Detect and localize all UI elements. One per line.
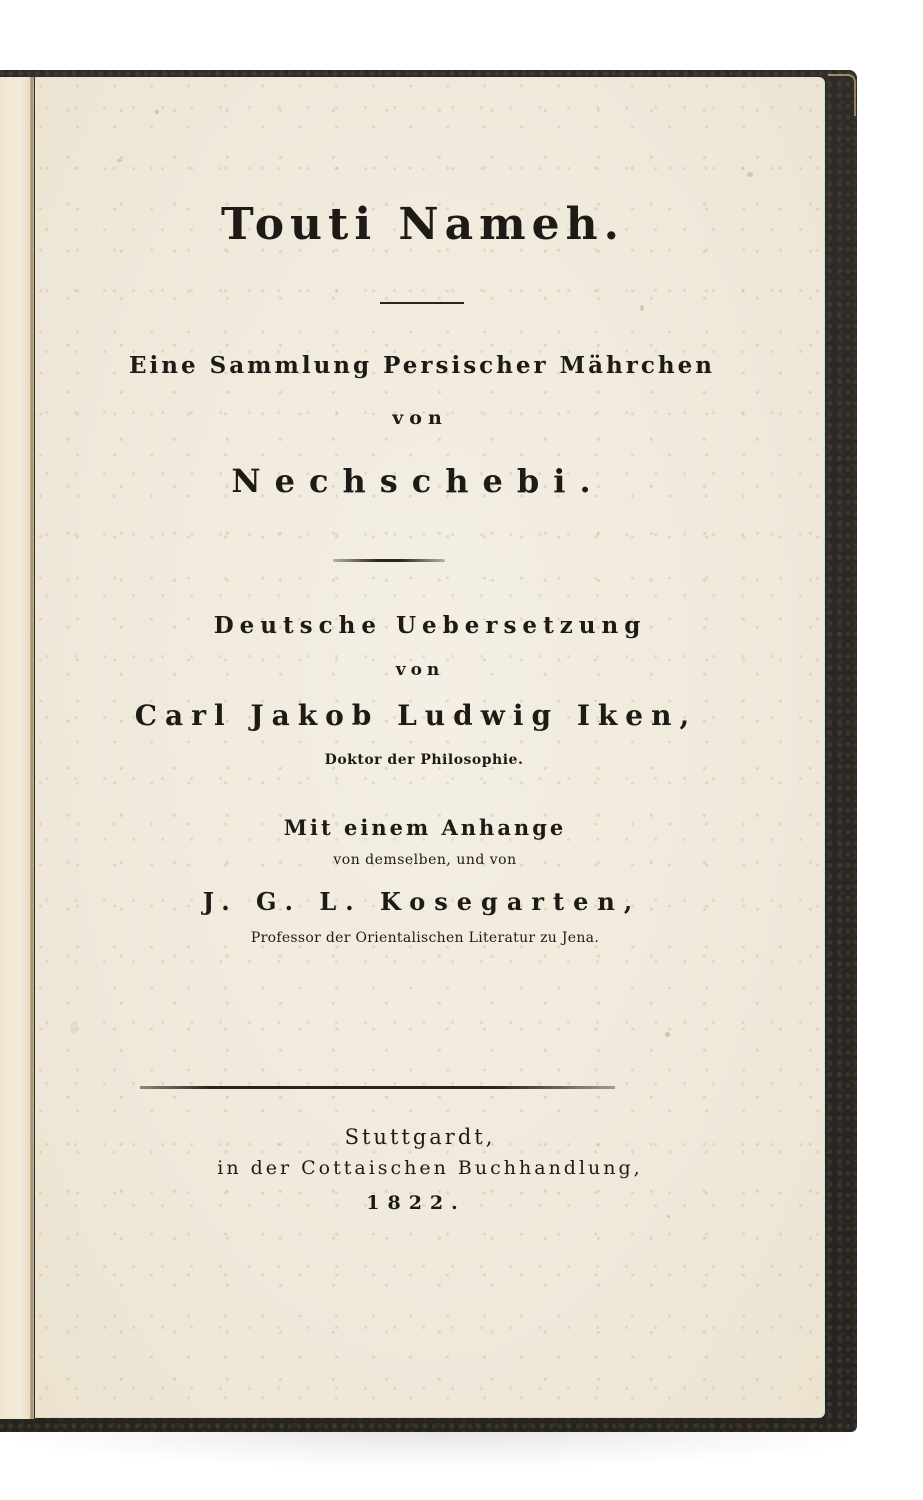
- imprint-city: Stuttgardt,: [25, 1125, 815, 1149]
- cover-corner-wear: [828, 74, 856, 116]
- divider-rule: [380, 302, 464, 304]
- contributor-name: J. G. L. Kosegarten,: [27, 887, 817, 916]
- book-photo-scene: Touti Nameh. Eine Sammlung Persischer Mä…: [0, 0, 923, 1500]
- by-line: von: [25, 660, 815, 680]
- book-title: Touti Nameh.: [28, 199, 818, 250]
- appendix-label: Mit einem Anhange: [30, 815, 820, 840]
- title-page: Touti Nameh. Eine Sammlung Persischer Mä…: [35, 77, 825, 1418]
- imprint-divider: [140, 1086, 615, 1089]
- title-page-text: Touti Nameh. Eine Sammlung Persischer Mä…: [35, 77, 825, 1418]
- translation-label: Deutsche Uebersetzung: [35, 612, 825, 639]
- by-line: von: [25, 407, 815, 429]
- divider-ornament: [333, 559, 445, 562]
- left-facing-page: [0, 77, 34, 1419]
- book-gutter: [30, 77, 34, 1419]
- imprint-publisher: in der Cottaischen Buchhandlung,: [35, 1157, 825, 1179]
- contributor-title: Professor der Orientalischen Literatur z…: [30, 930, 820, 946]
- appendix-by-line: von demselben, und von: [30, 852, 820, 868]
- imprint-year: 1822.: [21, 1192, 811, 1214]
- original-author: Nechschebi.: [23, 462, 813, 500]
- translator-name: Carl Jakob Ludwig Iken,: [21, 699, 811, 732]
- translator-title: Doktor der Philosophie.: [29, 752, 819, 768]
- book-subtitle: Eine Sammlung Persischer Mährchen: [27, 352, 817, 379]
